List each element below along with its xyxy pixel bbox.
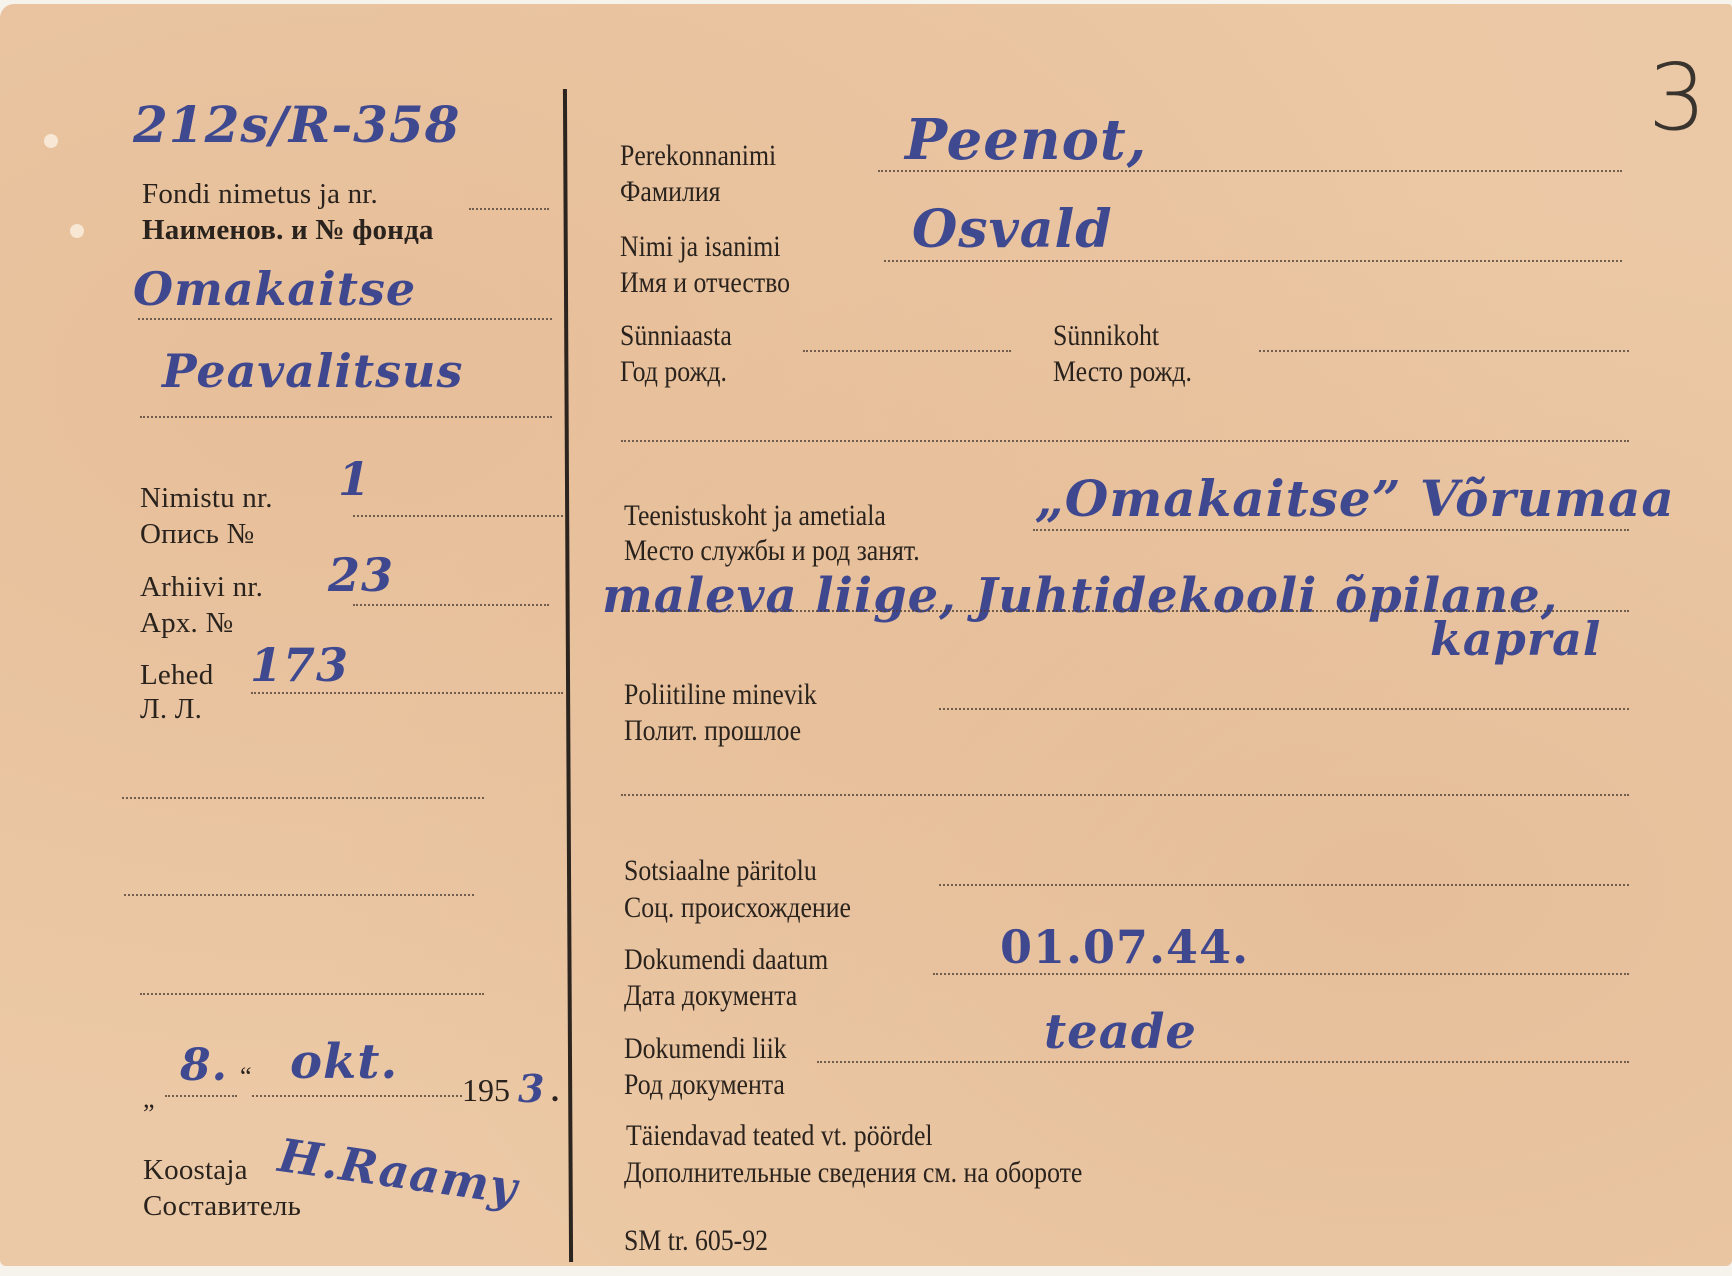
- service-value-line1: „Omakaitse” Võrumaa: [1035, 474, 1675, 524]
- list-value: 1: [338, 456, 371, 502]
- doc-type-label-ru: Род документа: [624, 1070, 785, 1100]
- doc-type-dotted-line: [817, 1061, 1629, 1063]
- archive-index-card: 3 212s/R-358 Fondi nimetus ja nr. Наимен…: [0, 4, 1732, 1266]
- pages-label-ru: Л. Л.: [140, 695, 202, 724]
- fond-name-dotted-line-2: [140, 416, 552, 418]
- blank-dotted-line-2: [124, 894, 474, 896]
- birth-place-label-ru: Место рожд.: [1053, 357, 1192, 387]
- birth-year-label-ru: Год рожд.: [620, 357, 727, 387]
- name-value: Osvald: [912, 204, 1113, 256]
- doc-date-label-ru: Дата документа: [624, 981, 797, 1011]
- punch-hole: [70, 224, 84, 238]
- date-year-digit: 3: [518, 1070, 545, 1108]
- doc-type-label-et: Dokumendi liik: [624, 1034, 787, 1064]
- date-month: okt.: [290, 1038, 398, 1086]
- punch-hole: [44, 134, 58, 148]
- fond-name-line2: Peavalitsus: [162, 348, 463, 394]
- name-dotted-line: [884, 260, 1622, 262]
- doc-type-value: teade: [1044, 1008, 1197, 1056]
- service-label-ru: Место службы и род занят.: [624, 536, 920, 566]
- service-value-line2: maleva liige, Juhtidekooli õpilane,: [602, 572, 1558, 620]
- page-number: 3: [1648, 44, 1707, 151]
- doc-date-dotted-line: [933, 973, 1629, 975]
- fond-name-dotted-line-1: [138, 318, 552, 320]
- list-dotted-line: [353, 515, 563, 517]
- archive-dotted-line: [353, 604, 549, 606]
- birth-place-label-et: Sünnikoht: [1053, 321, 1159, 351]
- list-label-et: Nimistu nr.: [140, 484, 273, 513]
- social-label-ru: Соц. происхождение: [624, 893, 851, 923]
- doc-date-value: 01.07.44.: [1000, 924, 1249, 970]
- pages-value: 173: [250, 642, 349, 688]
- surname-dotted-line: [878, 170, 1622, 172]
- name-label-ru: Имя и отчество: [620, 268, 790, 298]
- birth-year-label-et: Sünniaasta: [620, 321, 732, 351]
- political-dotted-line: [939, 708, 1629, 710]
- archive-label-et: Arhiivi nr.: [140, 573, 263, 602]
- surname-value: Peenot,: [905, 112, 1147, 168]
- date-day-dotted-line: [165, 1095, 237, 1097]
- compiler-label-ru: Составитель: [143, 1192, 301, 1221]
- date-suffix: .: [551, 1074, 559, 1106]
- pages-dotted-line: [251, 692, 563, 694]
- name-label-et: Nimi ja isanimi: [620, 232, 781, 262]
- fond-label-ru: Наименов. и № фонда: [142, 216, 434, 245]
- fond-name-line1: Omakaitse: [133, 266, 416, 312]
- service-dotted-line-1: [1033, 529, 1629, 531]
- date-close-quote: “: [240, 1064, 252, 1090]
- birth-blank-dotted-line: [621, 440, 1629, 442]
- date-year-printed: 195: [462, 1074, 510, 1106]
- date-open-quote: „: [143, 1086, 155, 1112]
- list-label-ru: Опись №: [140, 520, 254, 549]
- surname-label-et: Perekonnanimi: [620, 141, 776, 171]
- fond-dotted-line: [469, 208, 549, 210]
- column-divider: [563, 89, 573, 1262]
- form-code: SM tr. 605-92: [624, 1226, 768, 1256]
- compiler-signature: H.Raamy: [276, 1132, 521, 1211]
- doc-date-label-et: Dokumendi daatum: [624, 945, 828, 975]
- birth-place-dotted-line: [1259, 350, 1629, 352]
- fond-code: 212s/R-358: [133, 100, 460, 150]
- compiler-label-et: Koostaja: [143, 1156, 248, 1185]
- social-label-et: Sotsiaalne päritolu: [624, 856, 817, 886]
- political-blank-dotted-line: [621, 794, 1629, 796]
- political-label-et: Poliitiline minevik: [624, 680, 817, 710]
- pages-label-et: Lehed: [140, 661, 213, 690]
- service-label-et: Teenistuskoht ja ametiala: [624, 501, 886, 531]
- fond-label-et: Fondi nimetus ja nr.: [142, 180, 378, 209]
- date-month-dotted-line: [252, 1095, 462, 1097]
- blank-dotted-line-3: [140, 993, 484, 995]
- archive-value: 23: [328, 552, 394, 598]
- archive-label-ru: Арх. №: [140, 609, 233, 638]
- birth-year-dotted-line: [803, 350, 1011, 352]
- surname-label-ru: Фамилия: [620, 177, 721, 207]
- political-label-ru: Полит. прошлое: [624, 716, 801, 746]
- date-day: 8.: [180, 1044, 228, 1088]
- service-value-line3: kapral: [1430, 616, 1601, 662]
- blank-dotted-line-1: [122, 797, 484, 799]
- additional-info-ru: Дополнительные сведения см. на обороте: [624, 1158, 1082, 1188]
- social-dotted-line: [939, 884, 1629, 886]
- additional-info-et: Täiendavad teated vt. pöördel: [626, 1121, 933, 1151]
